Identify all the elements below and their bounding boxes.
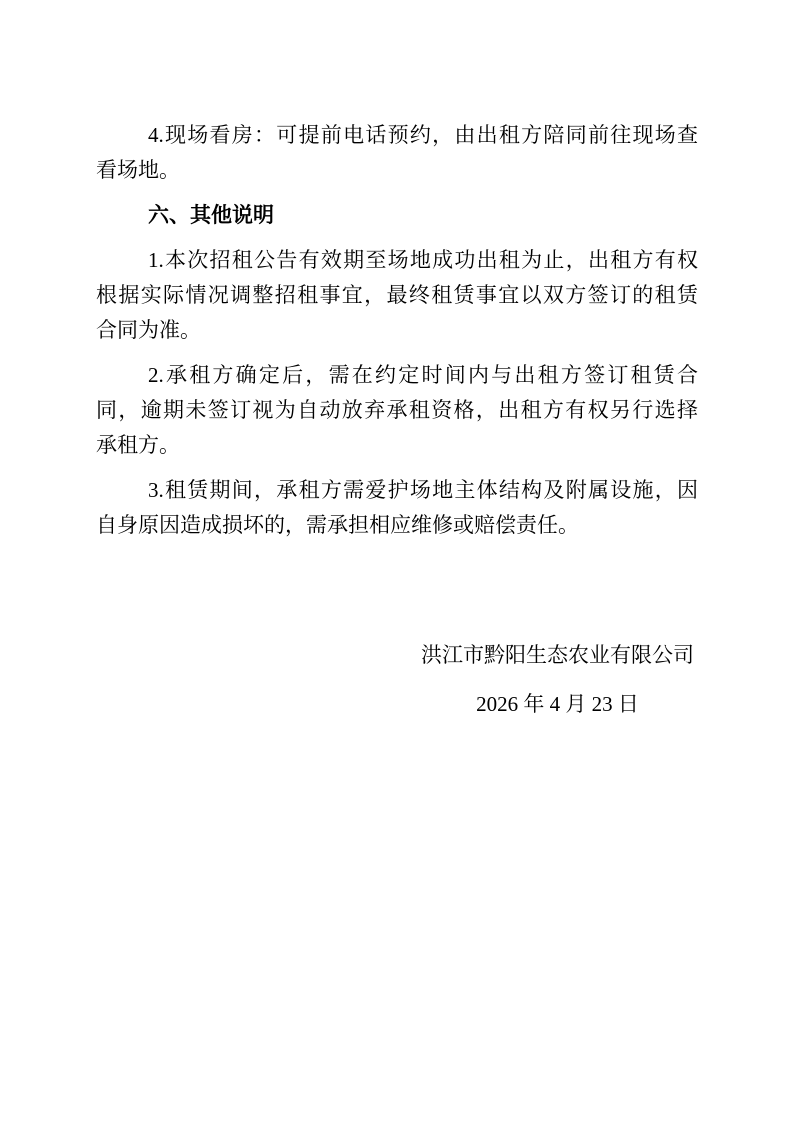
paragraph-clause-3: 3.租赁期间，承租方需爱护场地主体结构及附属设施，因 自身原因造成损坏的，需承担…	[96, 473, 698, 543]
paragraph-clause-2: 2.承租方确定后，需在约定时间内与出租方签订租赁合 同，逾期未签订视为自动放弃承…	[96, 358, 698, 463]
text-line: 2.承租方确定后，需在约定时间内与出租方签订租赁合	[96, 358, 698, 393]
company-name: 洪江市黔阳生态农业有限公司	[421, 638, 694, 673]
text-line: 3.租赁期间，承租方需爱护场地主体结构及附属设施，因	[96, 473, 698, 508]
document-page: 4.现场看房：可提前电话预约，由出租方陪同前往现场查 看场地。 六、其他说明 1…	[0, 0, 793, 1122]
text-line: 4.现场看房：可提前电话预约，由出租方陪同前往现场查	[96, 118, 698, 153]
text-line: 承租方。	[96, 428, 698, 463]
text-line: 根据实际情况调整招租事宜，最终租赁事宜以双方签订的租赁	[96, 278, 698, 313]
text-line: 看场地。	[96, 153, 698, 188]
paragraph-site-visit: 4.现场看房：可提前电话预约，由出租方陪同前往现场查 看场地。	[96, 118, 698, 188]
issue-date: 2026 年 4 月 23 日	[421, 687, 694, 722]
text-line: 1.本次招租公告有效期至场地成功出租为止，出租方有权	[96, 243, 698, 278]
text-line: 合同为准。	[96, 313, 698, 348]
text-line: 自身原因造成损坏的，需承担相应维修或赔偿责任。	[96, 508, 698, 543]
signature-block: 洪江市黔阳生态农业有限公司 2026 年 4 月 23 日	[421, 638, 694, 722]
document-body: 4.现场看房：可提前电话预约，由出租方陪同前往现场查 看场地。 六、其他说明 1…	[96, 118, 698, 722]
section-heading-other-notes: 六、其他说明	[96, 198, 698, 233]
paragraph-clause-1: 1.本次招租公告有效期至场地成功出租为止，出租方有权 根据实际情况调整招租事宜，…	[96, 243, 698, 348]
text-line: 同，逾期未签订视为自动放弃承租资格，出租方有权另行选择	[96, 393, 698, 428]
